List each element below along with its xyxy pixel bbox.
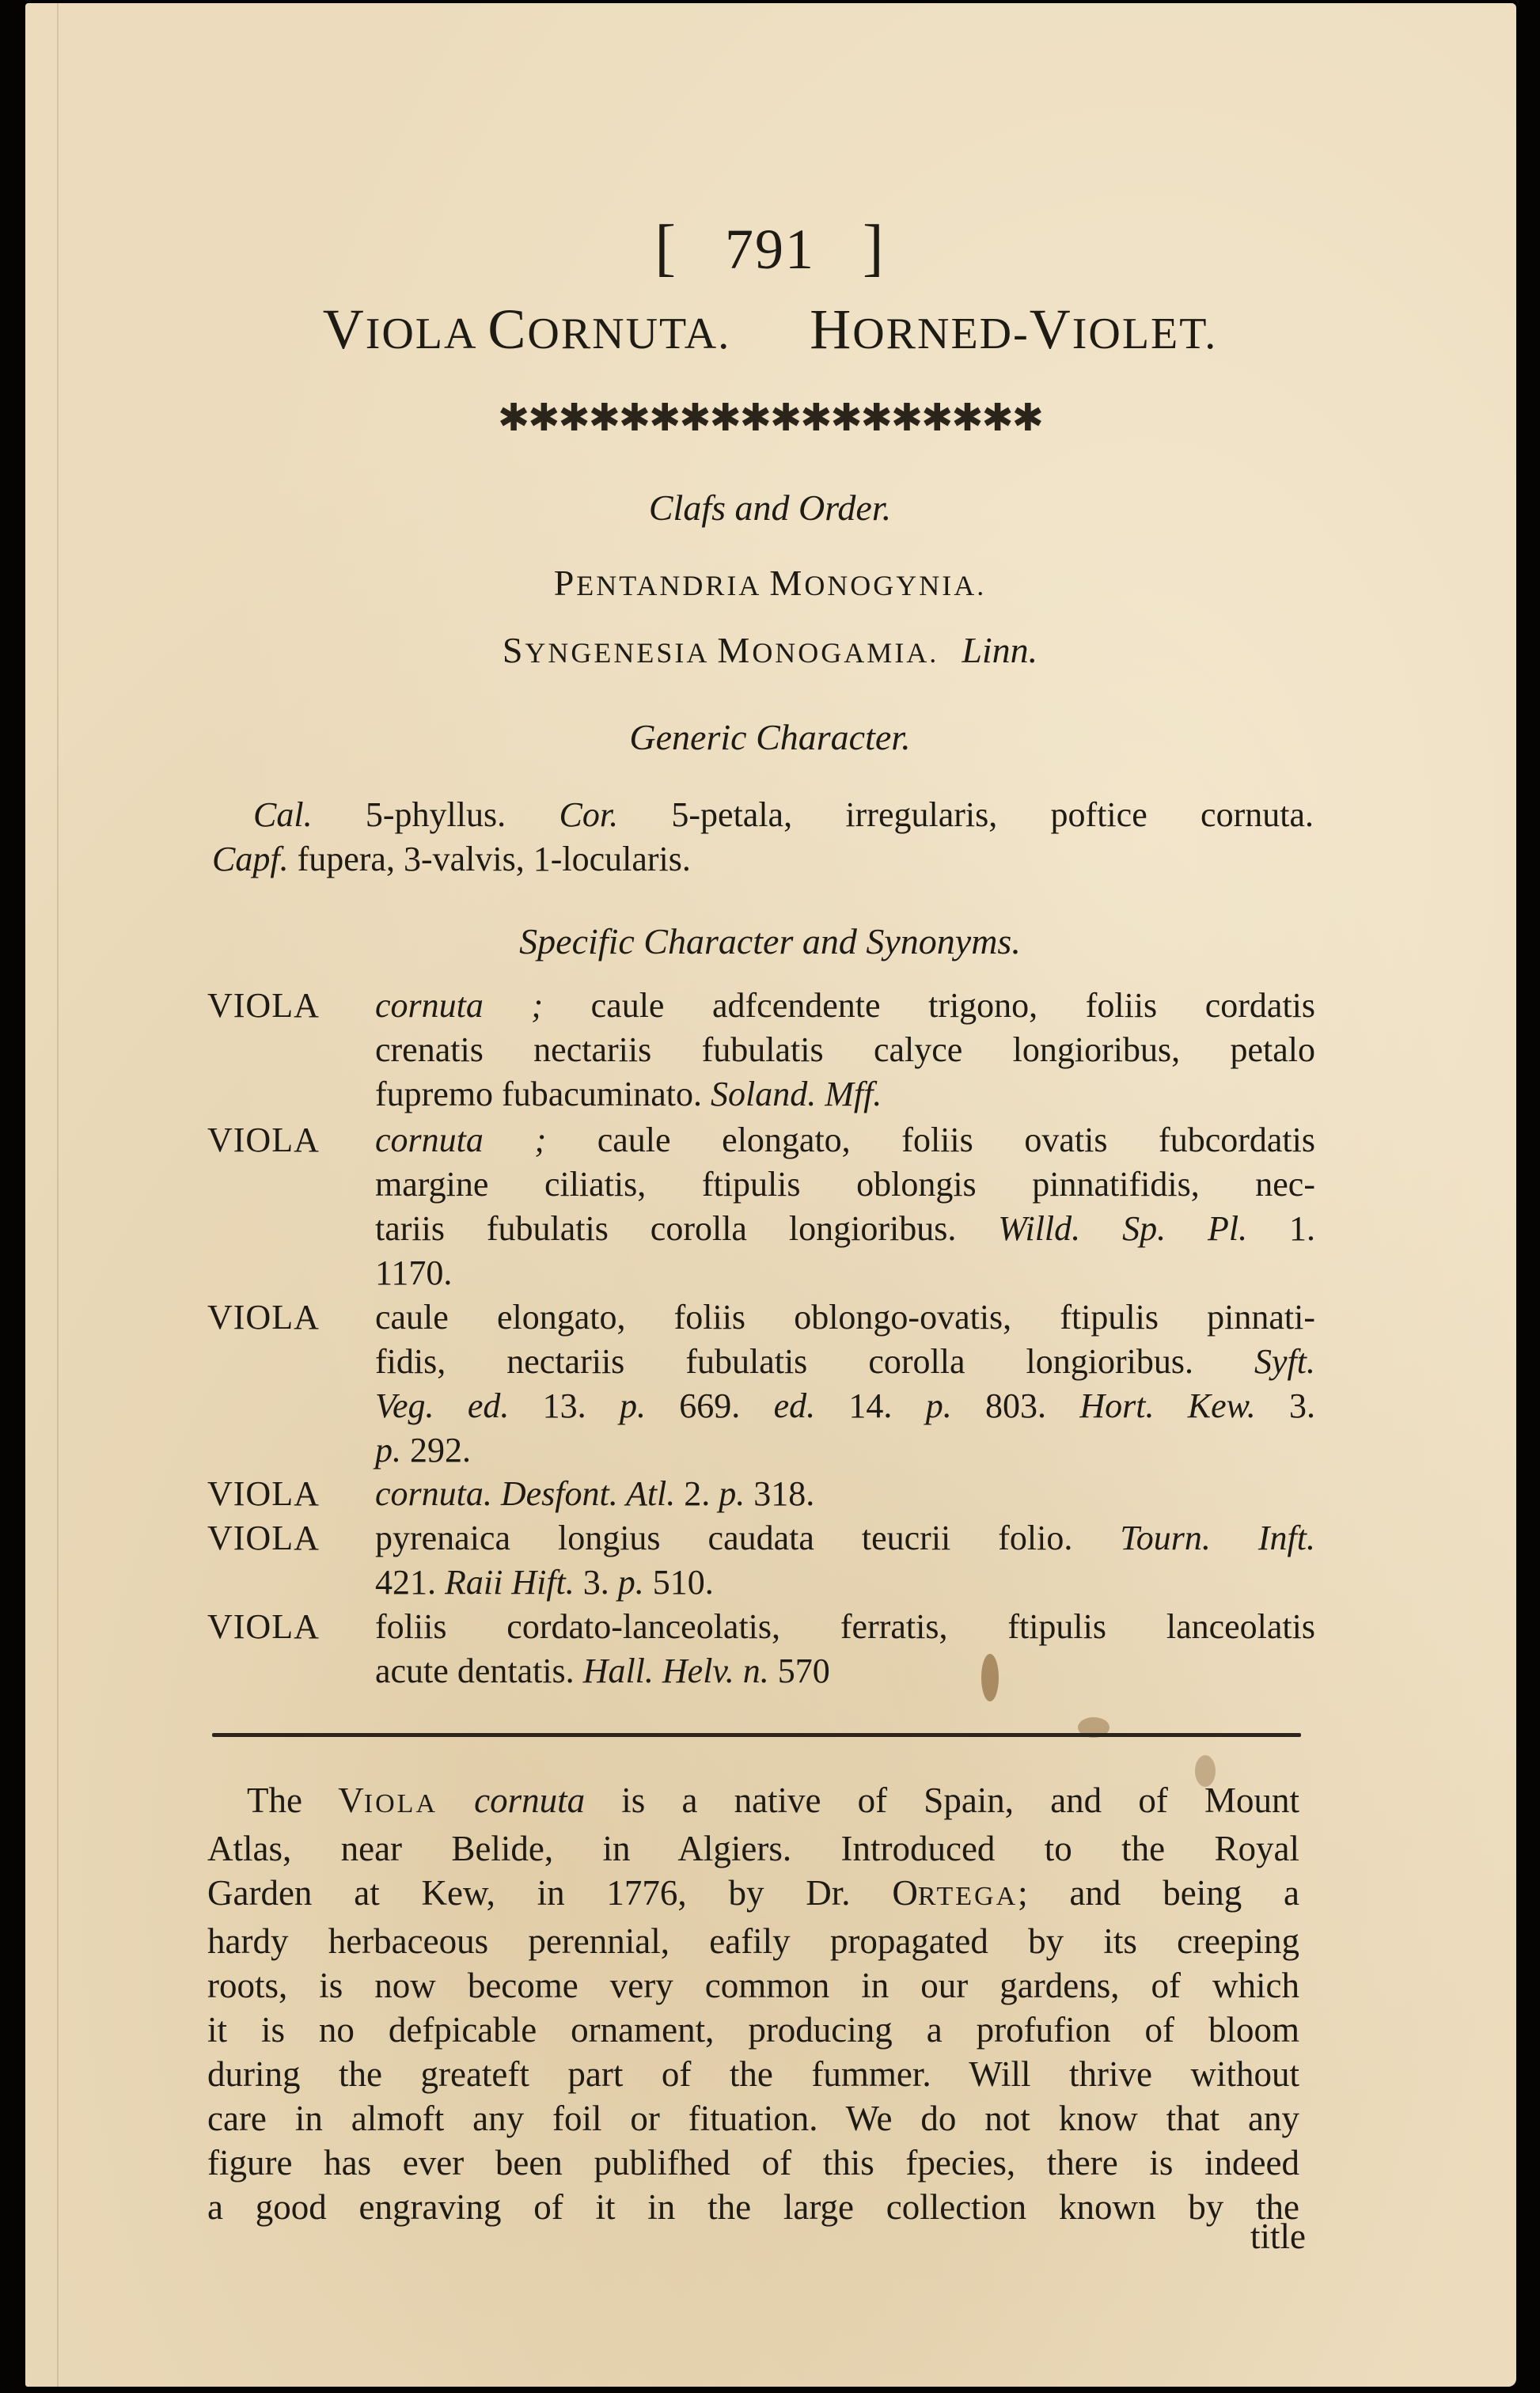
cal-label: Cal.: [253, 795, 313, 834]
cap-letter: M: [769, 563, 804, 603]
synonym-line: fidis, nectariis fubulatis corolla longi…: [375, 1340, 1315, 1384]
title-text: ORNUTA.: [527, 309, 730, 358]
page-number-value: 791: [725, 218, 815, 281]
citation: Tourn. Inft.: [1120, 1519, 1315, 1557]
citation: p.: [719, 1474, 745, 1513]
synonym-body: cornuta ; caule elongato, foliis ovatis …: [375, 1118, 1315, 1295]
sc-text: RTEGA: [918, 1882, 1018, 1911]
synonym-body: cornuta ; caule adfcendente trigono, fol…: [375, 984, 1315, 1117]
text: 570: [769, 1652, 830, 1690]
description-line: hardy herbaceous perennial, eafily propa…: [207, 1919, 1299, 1963]
synonym-line: acute dentatis. Hall. Helv. n. 570: [375, 1649, 1315, 1693]
synonym-line: caule elongato, foliis oblongo-ovatis, f…: [375, 1295, 1315, 1340]
synonym-line: Veg. ed. 13. p. 669. ed. 14. p. 803. Hor…: [375, 1384, 1315, 1428]
synonym-line: cornuta. Desfont. Atl. 2. p. 318.: [375, 1472, 1315, 1516]
text: acute dentatis.: [375, 1652, 583, 1690]
citation: Hort. Kew.: [1079, 1386, 1255, 1425]
bracket-right: ]: [863, 213, 886, 283]
synonym-line: fupremo fubacuminato. Soland. Mff.: [375, 1072, 1315, 1117]
title-letter: H: [810, 298, 852, 361]
text: pyrenaica longius caudata teucrii folio.: [375, 1519, 1120, 1557]
title-letter: V: [323, 298, 366, 361]
citation: ed.: [774, 1386, 816, 1425]
synonym-label: VIOLA: [207, 1472, 366, 1516]
synonym-body: foliis cordato-lanceolatis, ferratis, ft…: [375, 1605, 1315, 1693]
title-text: IOLA: [366, 309, 488, 358]
citation: Willd. Sp. Pl.: [998, 1209, 1247, 1248]
sc-text: ENTANDRIA: [576, 570, 769, 601]
synonym-body: pyrenaica longius caudata teucrii folio.…: [375, 1516, 1315, 1605]
synonym-line: 421. Raii Hift. 3. p. 510.: [375, 1561, 1315, 1605]
text: 669.: [646, 1386, 774, 1425]
text: 3.: [575, 1563, 618, 1602]
caps-label: Capf.: [212, 840, 289, 878]
text: is a native of Spain, and of Mount: [585, 1781, 1299, 1820]
description-line: Atlas, near Belide, in Algiers. Introduc…: [207, 1826, 1299, 1871]
synonym-line: 1170.: [375, 1251, 1315, 1295]
synonym-line: foliis cordato-lanceolatis, ferratis, ft…: [375, 1605, 1315, 1649]
cal-text: 5-phyllus.: [313, 795, 559, 834]
cor-label: Cor.: [559, 795, 618, 834]
sc-text: YNGENESIA: [525, 637, 717, 669]
authority-linn: Linn.: [962, 630, 1037, 670]
citation: p.: [375, 1431, 401, 1470]
citation: Raii Hift.: [445, 1563, 575, 1602]
description-line: figure has ever been publifhed of this f…: [207, 2141, 1299, 2185]
title-letter: C: [487, 298, 527, 361]
description-line: a good engraving of it in the large coll…: [207, 2185, 1299, 2229]
text: 803.: [952, 1386, 1080, 1425]
page-number: [ 791 ]: [0, 212, 1540, 284]
text: 14.: [815, 1386, 926, 1425]
title-text: IOLET.: [1072, 309, 1218, 358]
text: Garden at Kew, in 1776, by Dr.: [207, 1873, 892, 1913]
synonym-line: cornuta ; caule elongato, foliis ovatis …: [375, 1118, 1315, 1162]
description-line: it is no defpicable ornament, producing …: [207, 2008, 1299, 2052]
cap-letter: V: [338, 1781, 364, 1820]
text: caule elongato, foliis ovatis fubcordati…: [546, 1121, 1315, 1159]
citation: Syft.: [1254, 1342, 1315, 1381]
citation: Hall. Helv. n.: [583, 1652, 769, 1690]
text: 1.: [1247, 1209, 1315, 1248]
ink-stain: [981, 1654, 999, 1701]
description-line: care in almoft any foil or fituation. We…: [207, 2096, 1299, 2141]
italic-text: cornuta ;: [375, 1121, 546, 1159]
cap-letter: O: [892, 1873, 918, 1913]
synonym-label: VIOLA: [207, 1605, 366, 1649]
synonym-line: cornuta ; caule adfcendente trigono, fol…: [375, 984, 1315, 1028]
title-letter: V: [1030, 298, 1072, 361]
page-title: VIOLA CORNUTA. HORNED-VIOLET.: [0, 297, 1540, 362]
synonym-line: margine ciliatis, ftipulis oblongis pinn…: [375, 1162, 1315, 1207]
text: 13.: [509, 1386, 620, 1425]
citation: p.: [618, 1563, 644, 1602]
citation: Soland. Mff.: [711, 1075, 882, 1113]
generic-character-line-1: Cal. 5-phyllus. Cor. 5-petala, irregular…: [253, 793, 1314, 837]
text: 292.: [401, 1431, 471, 1470]
text: tariis fubulatis corolla longioribus.: [375, 1209, 998, 1248]
caps-text: fupera, 3-valvis, 1-locularis.: [289, 840, 691, 878]
synonym-label: VIOLA: [207, 1516, 366, 1561]
class-order-heading: Clafs and Order.: [0, 487, 1540, 529]
cor-text: 5-petala, irregularis, poftice cornuta.: [618, 795, 1314, 834]
cap-letter: S: [503, 630, 525, 670]
generic-character-heading: Generic Character.: [0, 716, 1540, 758]
sc-text: IOLA: [364, 1789, 438, 1818]
sc-text: ONOGYNIA.: [804, 570, 986, 601]
horizontal-rule: [212, 1733, 1301, 1737]
catchword: title: [1250, 2216, 1306, 2257]
description-line: during the greateft part of the fummer. …: [207, 2052, 1299, 2096]
text: ; and being a: [1018, 1873, 1299, 1913]
text: 510.: [644, 1563, 714, 1602]
synonym-body: caule elongato, foliis oblongo-ovatis, f…: [375, 1295, 1315, 1473]
ornament-divider: ✱✱✱✱✱✱✱✱✱✱✱✱✱✱✱✱✱✱: [0, 396, 1540, 440]
synonym-line: p. 292.: [375, 1428, 1315, 1473]
sc-text: ONOGAMIA.: [752, 637, 939, 669]
synonym-line: pyrenaica longius caudata teucrii folio.…: [375, 1516, 1315, 1561]
synonym-label: VIOLA: [207, 1295, 366, 1340]
synonym-line: crenatis nectariis fubulatis calyce long…: [375, 1028, 1315, 1072]
synonym-label: VIOLA: [207, 984, 366, 1028]
text: fidis, nectariis fubulatis corolla longi…: [375, 1342, 1254, 1381]
text: 2.: [675, 1474, 719, 1513]
bracket-left: [: [654, 213, 677, 283]
description-paragraph: The VIOLA cornuta is a native of Spain, …: [207, 1778, 1299, 2229]
citation: cornuta. Desfont. Atl.: [375, 1474, 675, 1513]
specific-character-heading: Specific Character and Synonyms.: [0, 920, 1540, 962]
text: fupremo fubacuminato.: [375, 1075, 711, 1113]
citation: p.: [620, 1386, 646, 1425]
text: 3.: [1256, 1386, 1315, 1425]
synonym-body: cornuta. Desfont. Atl. 2. p. 318.: [375, 1472, 1315, 1516]
generic-character-line-2: Capf. fupera, 3-valvis, 1-locularis.: [212, 837, 691, 882]
class-line-syngenesia: SYNGENESIA MONOGAMIA. Linn.: [0, 629, 1540, 671]
synonym-label: VIOLA: [207, 1118, 366, 1162]
italic-text: cornuta ;: [375, 986, 543, 1025]
text: caule adfcendente trigono, foliis cordat…: [543, 986, 1315, 1025]
synonym-line: tariis fubulatis corolla longioribus. Wi…: [375, 1207, 1315, 1251]
description-line: The VIOLA cornuta is a native of Spain, …: [207, 1778, 1299, 1826]
citation: p.: [926, 1386, 952, 1425]
description-line: roots, is now become very common in our …: [207, 1963, 1299, 2008]
text: 318.: [745, 1474, 814, 1513]
description-line: Garden at Kew, in 1776, by Dr. ORTEGA; a…: [207, 1871, 1299, 1919]
cap-letter: P: [554, 563, 577, 603]
citation: Veg. ed.: [375, 1386, 509, 1425]
italic-text: cornuta: [438, 1781, 585, 1820]
cap-letter: M: [717, 630, 752, 670]
class-line-pentandria: PENTANDRIA MONOGYNIA.: [0, 562, 1540, 604]
text: The: [247, 1781, 338, 1820]
text: 421.: [375, 1563, 445, 1602]
title-text: ORNED-: [852, 309, 1030, 358]
